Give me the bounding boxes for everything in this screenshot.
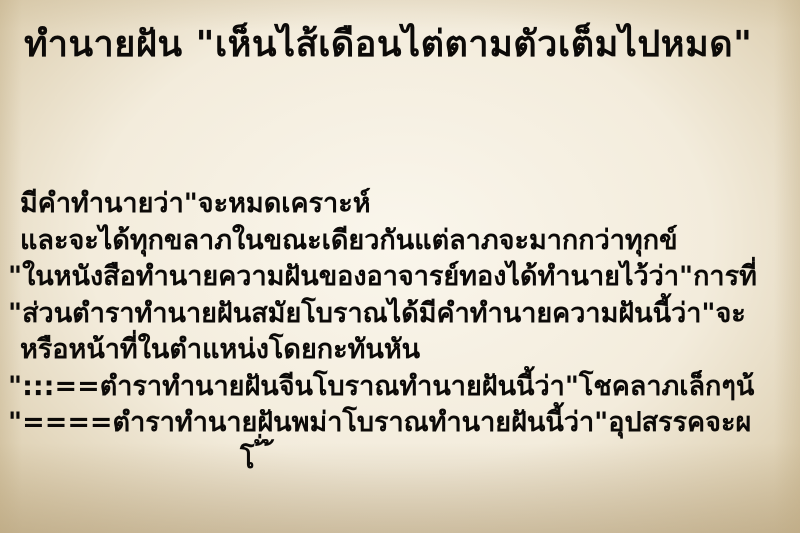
text-line-8-partial: โ ้่ ้ — [0, 442, 800, 479]
text-line-6: ":::==ตำราทำนายฝันจีนโบราณทำนายฝันนี้ว่า… — [0, 369, 800, 406]
text-line-1: มีคำทำนายว่า"จะหมดเคราะห์ — [0, 186, 800, 223]
text-line-3: "ในหนังสือทำนายความฝันของอาจารย์ทองได้ทำ… — [0, 259, 800, 296]
text-line-7: "====ตำราทำนายฝันพม่าโบราณทำนายฝันนี้ว่า… — [0, 405, 800, 442]
text-line-4: "ส่วนตำราทำนายฝันสมัยโบราณได้มีคำทำนายคว… — [0, 296, 800, 333]
page-title: ทำนายฝัน "เห็นไส้เดือนไต่ตามตัวเต็มไปหมด… — [24, 18, 752, 72]
text-line-5: หรือหน้าที่ในตำแหน่งโดยกะทันหัน — [0, 332, 800, 369]
text-line-2: และจะได้ทุกขลาภในขณะเดียวกันแต่ลาภจะมากก… — [0, 223, 800, 260]
prediction-text-body: มีคำทำนายว่า"จะหมดเคราะห์ และจะได้ทุกขลา… — [0, 186, 800, 478]
